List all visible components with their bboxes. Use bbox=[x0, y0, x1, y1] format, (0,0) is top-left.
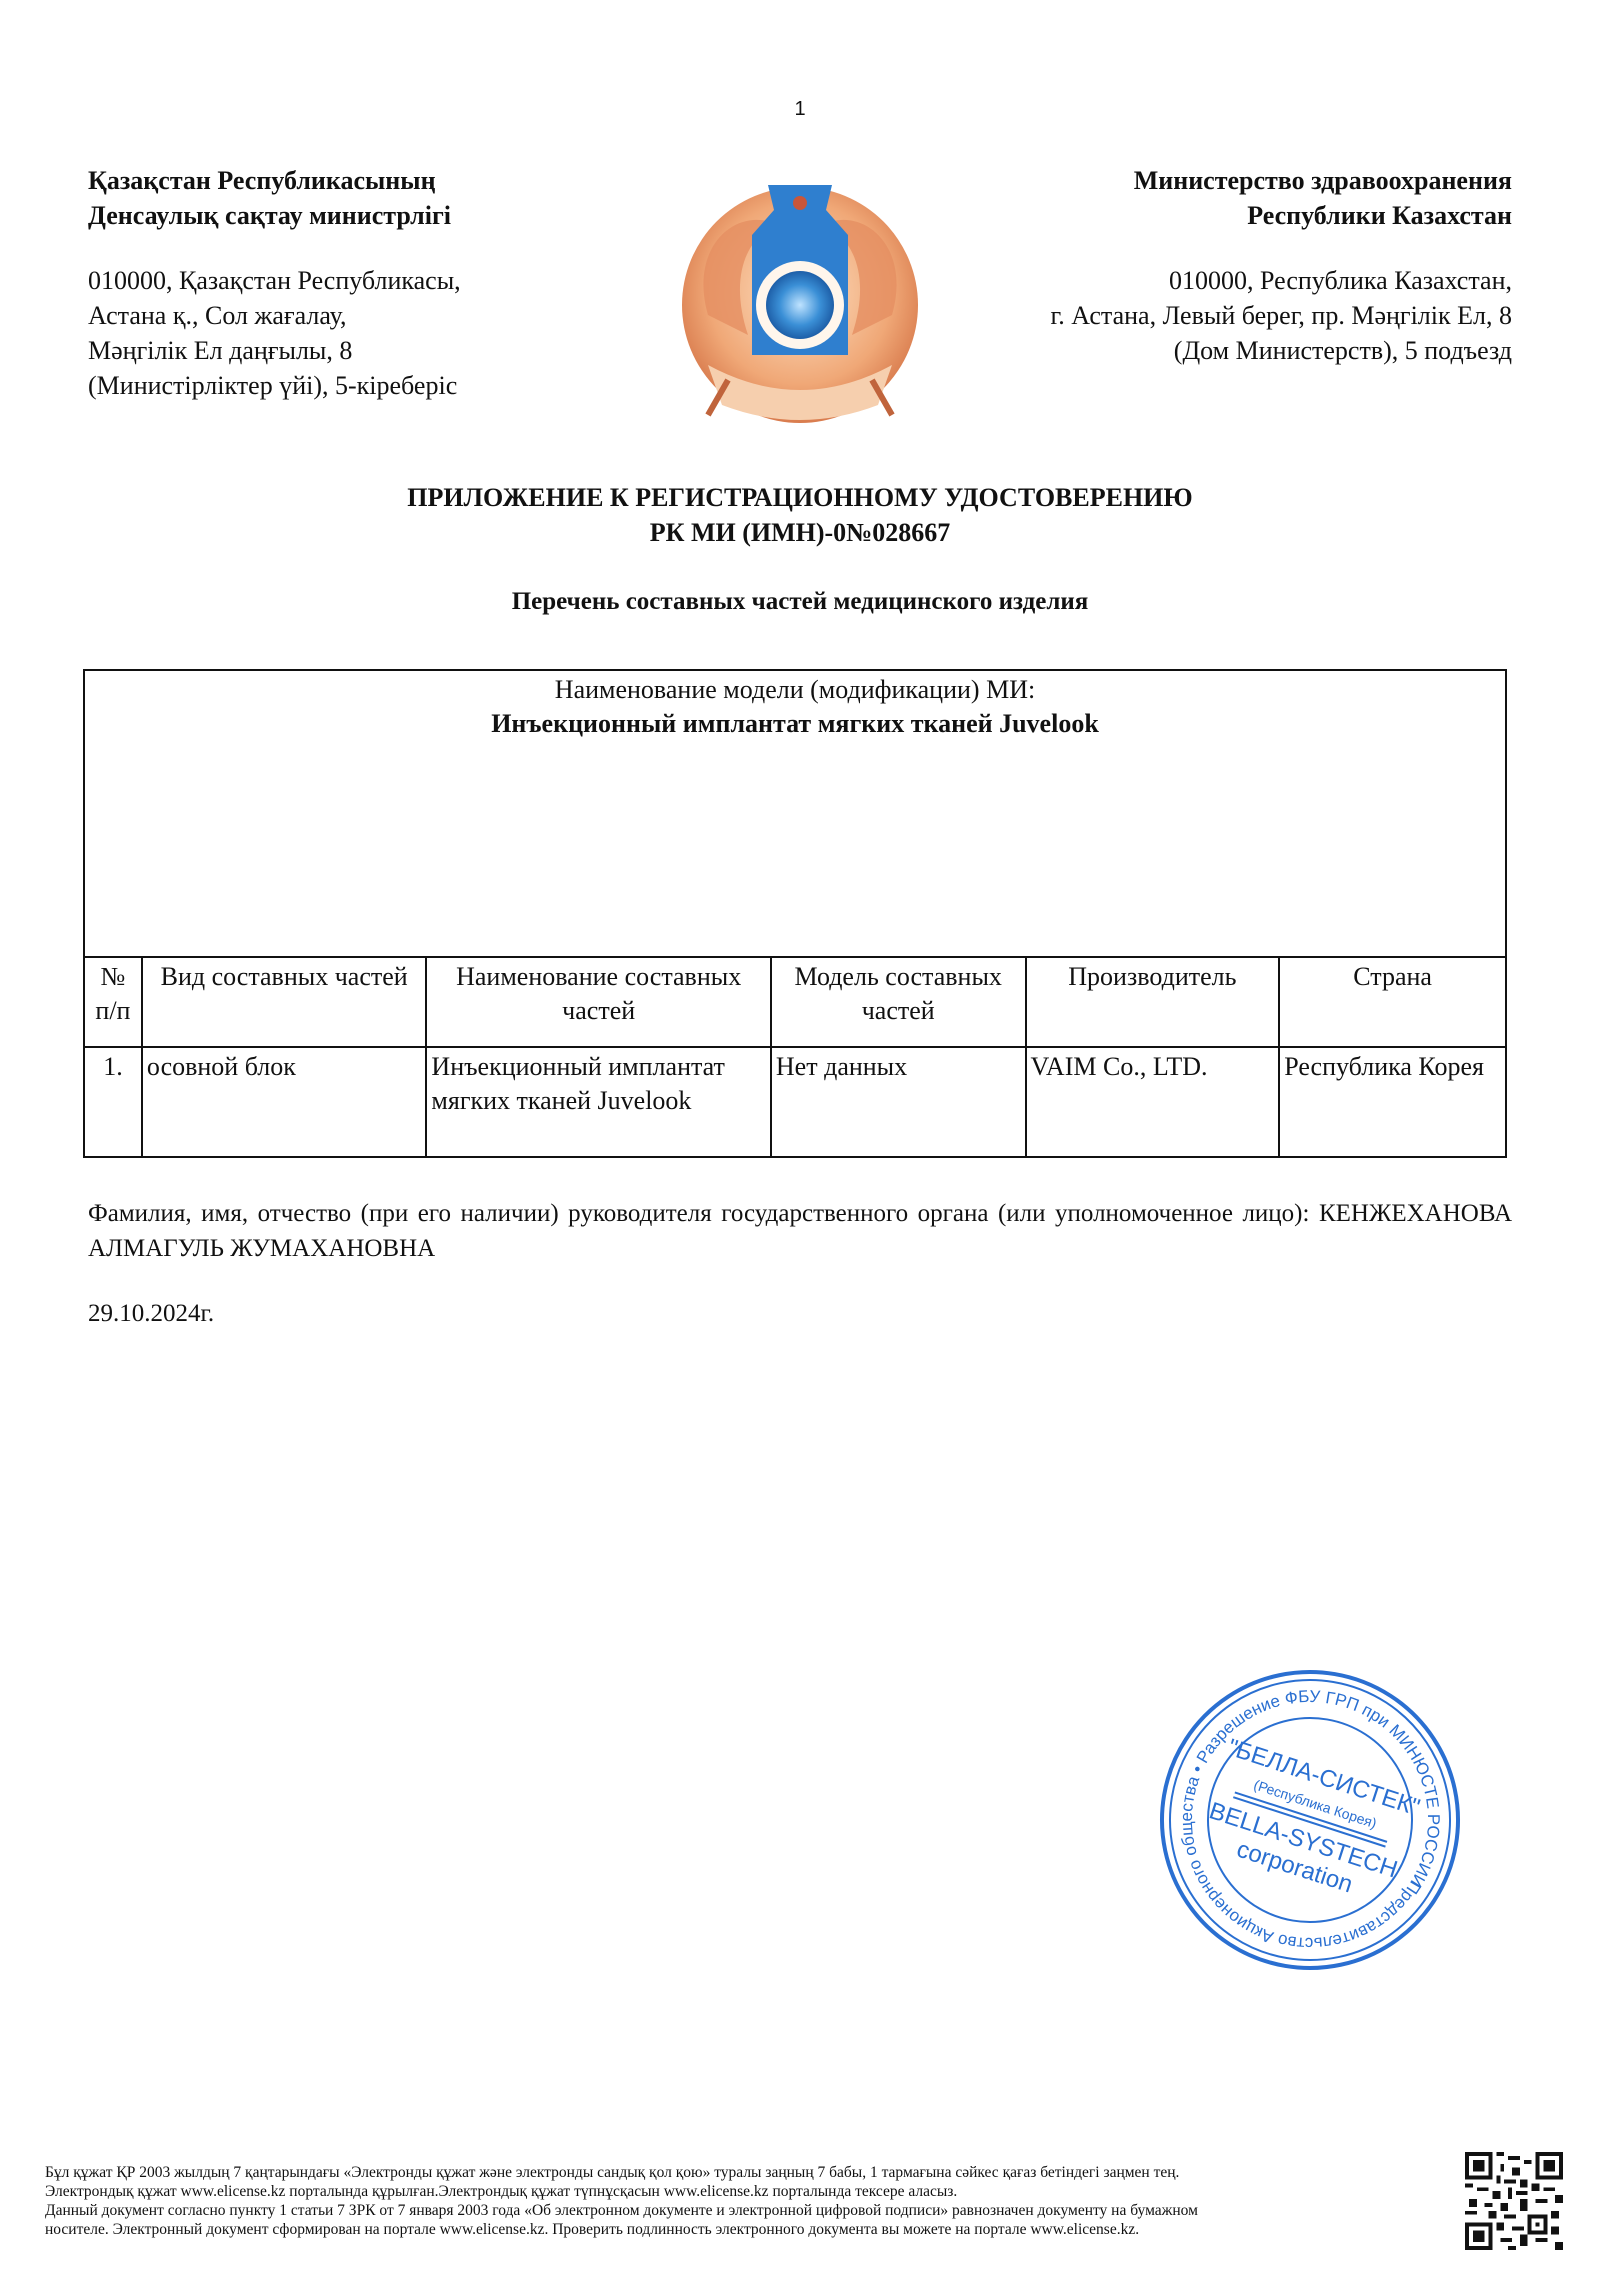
title-line1: ПРИЛОЖЕНИЕ К РЕГИСТРАЦИОННОМУ УДОСТОВЕРЕ… bbox=[0, 480, 1600, 515]
org-name-line2: Республики Казахстан bbox=[1051, 198, 1513, 233]
cell-country: Республика Корея bbox=[1279, 1047, 1506, 1157]
stamp-outer-text: Представительство Акционерного общества … bbox=[1155, 1665, 1465, 1975]
state-emblem-icon bbox=[668, 165, 932, 429]
model-name: Инъекционный имплантат мягких тканей Juv… bbox=[89, 707, 1501, 741]
signatory-text: Фамилия, имя, отчество (при его наличии)… bbox=[88, 1196, 1512, 1266]
svg-text:Представительство Акционерного: Представительство Акционерного общества … bbox=[1155, 1665, 1465, 1975]
column-header-manufacturer: Производитель bbox=[1026, 957, 1280, 1047]
address-line: 010000, Қазақстан Республикасы, bbox=[88, 263, 461, 298]
footer-line: Данный документ согласно пункту 1 статьи… bbox=[45, 2201, 1445, 2220]
company-stamp-icon: Представительство Акционерного общества … bbox=[1155, 1665, 1465, 1975]
page-number: 1 bbox=[0, 98, 1600, 121]
cell-type: осовной блок bbox=[142, 1047, 427, 1157]
org-name-line2: Денсаулық сақтау министрлігі bbox=[88, 198, 461, 233]
address-line: (Дом Министерств), 5 подъезд bbox=[1051, 333, 1513, 368]
header-left-kazakh: Қазақстан Республикасының Денсаулық сақт… bbox=[88, 163, 461, 403]
footer-line: Бұл құжат ҚР 2003 жылдың 7 қаңтарындағы … bbox=[45, 2163, 1445, 2182]
address-line: Астана қ., Сол жағалау, bbox=[88, 298, 461, 333]
model-label: Наименование модели (модификации) МИ: bbox=[89, 673, 1501, 707]
footer-line: Электрондық құжат www.elicense.kz портал… bbox=[45, 2182, 1445, 2201]
cell-manufacturer: VAIM Co., LTD. bbox=[1026, 1047, 1280, 1157]
address-line: (Министірліктер үйі), 5-кіреберіс bbox=[88, 368, 461, 403]
footer-line: носителе. Электронный документ сформиров… bbox=[45, 2220, 1445, 2239]
org-name-line1: Министерство здравоохранения bbox=[1051, 163, 1513, 198]
org-name-line1: Қазақстан Республикасының bbox=[88, 163, 461, 198]
column-header-country: Страна bbox=[1279, 957, 1506, 1047]
footer-legal-notice: Бұл құжат ҚР 2003 жылдың 7 қаңтарындағы … bbox=[45, 2163, 1445, 2239]
document-title: ПРИЛОЖЕНИЕ К РЕГИСТРАЦИОННОМУ УДОСТОВЕРЕ… bbox=[0, 480, 1600, 550]
document-date: 29.10.2024г. bbox=[88, 1300, 214, 1328]
column-header-model: Модель составных частей bbox=[771, 957, 1026, 1047]
qr-code-icon bbox=[1465, 2152, 1563, 2250]
table-row: 1. осовной блок Инъекционный имплантат м… bbox=[84, 1047, 1506, 1157]
cell-name: Инъекционный имплантат мягких тканей Juv… bbox=[426, 1047, 770, 1157]
column-header-name: Наименование составных частей bbox=[426, 957, 770, 1047]
table-header-row: № п/п Вид составных частей Наименование … bbox=[84, 957, 1506, 1047]
cell-model: Нет данных bbox=[771, 1047, 1026, 1157]
address-line: 010000, Республика Казахстан, bbox=[1051, 263, 1513, 298]
column-header-number: № п/п bbox=[84, 957, 142, 1047]
certificate-number: РК МИ (ИМН)-0№028667 bbox=[0, 515, 1600, 550]
header-right-russian: Министерство здравоохранения Республики … bbox=[1051, 163, 1513, 368]
address-line: Мәңгілік Ел даңғылы, 8 bbox=[88, 333, 461, 368]
document-subtitle: Перечень составных частей медицинского и… bbox=[0, 588, 1600, 616]
address-line: г. Астана, Левый берег, пр. Мәңгілік Ел,… bbox=[1051, 298, 1513, 333]
column-header-type: Вид составных частей bbox=[142, 957, 427, 1047]
components-table: Наименование модели (модификации) МИ: Ин… bbox=[83, 669, 1507, 1158]
model-name-cell: Наименование модели (модификации) МИ: Ин… bbox=[84, 670, 1506, 957]
cell-number: 1. bbox=[84, 1047, 142, 1157]
